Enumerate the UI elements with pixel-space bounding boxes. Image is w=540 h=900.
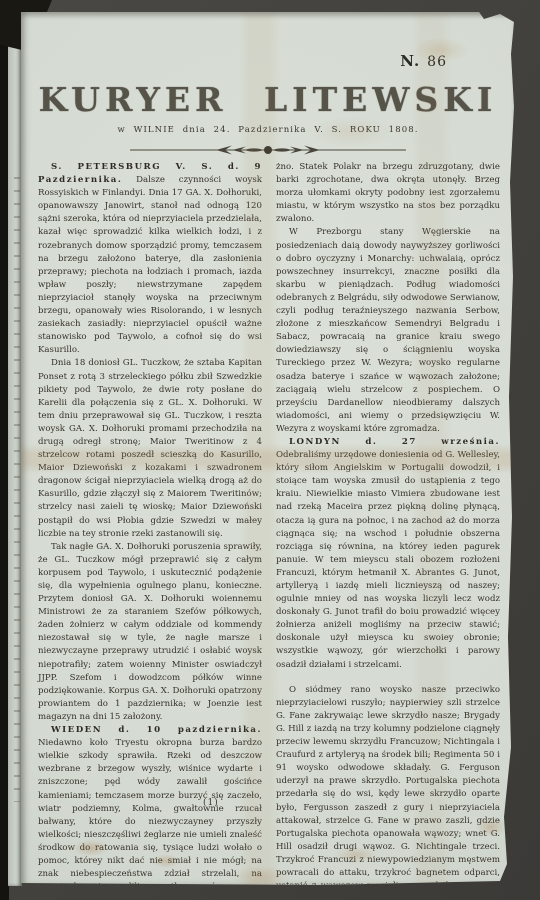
scanned-newspaper-photo: { "colors": { "background": "#44423e", "… (0, 0, 540, 900)
paragraph-text: Niedawno koło Tryestu okropna burza bard… (38, 738, 262, 892)
paragraph-text: O siódmey rano woysko nasze przeciwko ni… (276, 685, 500, 900)
paragraph-text: Tak nagłe GA. X. Dołhoruki poruszenia sp… (38, 542, 262, 722)
right-column: żno. Statek Polakr na brzegu zdruzgotany… (276, 161, 500, 900)
paragraph-text: Dnia 18 doniosł GL. Tuczkow, że sztaba K… (38, 358, 262, 538)
masthead-dateline: w WILNIE dnia 24. Pazdziernika V. S. ROK… (21, 125, 515, 135)
issue-number: N.86 (400, 52, 447, 70)
page-number: (1) (203, 798, 219, 808)
article-paragraph: O siódmey rano woysko nasze przeciwko ni… (276, 684, 500, 900)
left-column: S. PETERSBURG V. S. d. 9 Pazdziernika. D… (38, 161, 262, 900)
masthead-divider-ornament (21, 141, 515, 153)
issue-number-value: 86 (427, 54, 447, 70)
newspaper-page: N.86 KURYER LITEWSKI w WILNIE dnia 24. P… (21, 12, 515, 885)
paragraph-text: Dalsze czynności woysk Rossyiskich w Fin… (38, 175, 262, 355)
article-paragraph: WIEDEN d. 10 pazdziernika. Niedawno koło… (38, 724, 262, 894)
paragraph-text: Odebraliśmy urzędowe doniesienia od G. W… (276, 450, 500, 670)
article-paragraph: S. PETERSBURG V. S. d. 9 Pazdziernika. D… (38, 161, 262, 357)
paragraph-text: W Prezborgu stany Węgierskie na posiedze… (276, 227, 500, 433)
article-columns: S. PETERSBURG V. S. d. 9 Pazdziernika. D… (21, 153, 515, 900)
previous-page-text-fragments (14, 177, 20, 802)
article-paragraph: LONDYN d. 27 września. Odebraliśmy urzęd… (276, 436, 500, 672)
article-dateline-lead: LONDYN d. 27 września. (289, 437, 500, 447)
divider-arrow-icon (128, 144, 408, 156)
article-paragraph: Dnia 18 doniosł GL. Tuczkow, że sztaba K… (38, 357, 262, 540)
article-paragraph: żno. Statek Polakr na brzegu zdruzgotany… (276, 161, 500, 226)
article-paragraph: W Prezborgu stany Węgierskie na posiedze… (276, 226, 500, 436)
article-paragraph: Tak nagłe GA. X. Dołhoruki poruszenia sp… (38, 541, 262, 724)
masthead: N.86 KURYER LITEWSKI w WILNIE dnia 24. P… (21, 12, 515, 153)
paragraph-text: żno. Statek Polakr na brzegu zdruzgotany… (276, 162, 500, 224)
issue-number-label: N. (400, 52, 420, 70)
article-dateline-lead: WIEDEN d. 10 pazdziernika. (51, 725, 262, 735)
previous-page-edge (8, 12, 22, 886)
